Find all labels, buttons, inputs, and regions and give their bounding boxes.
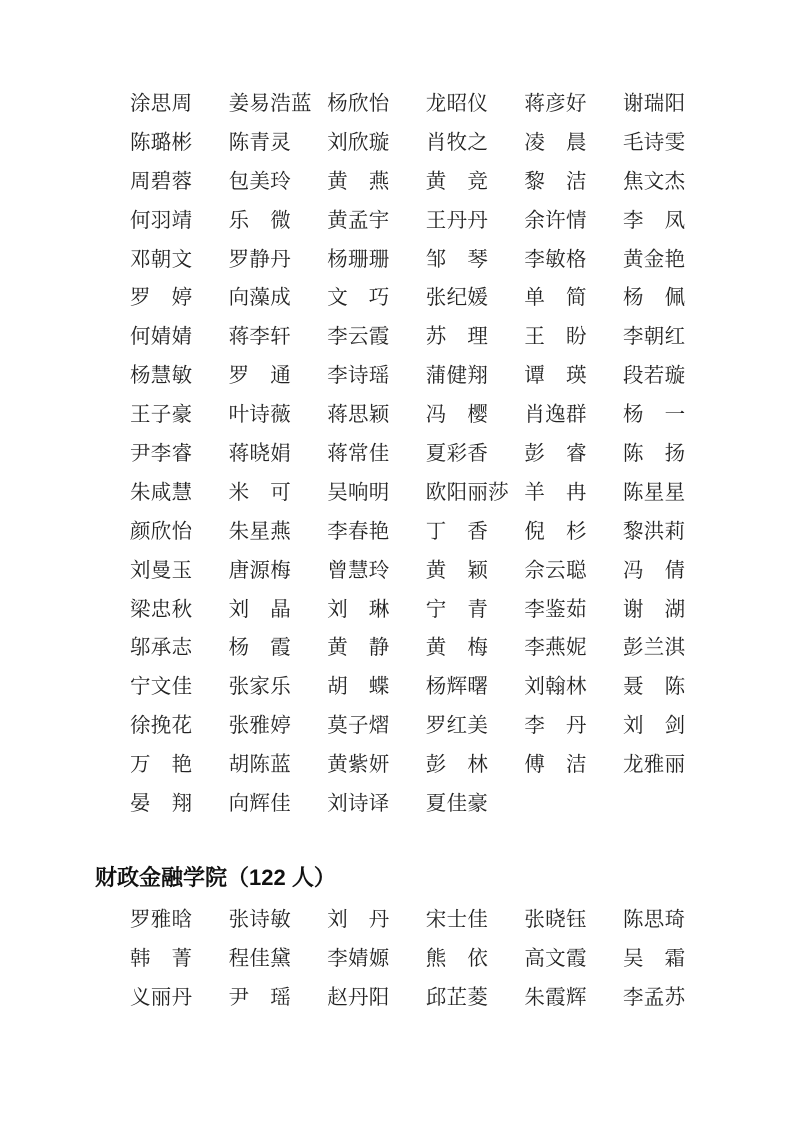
person-name: 晏 翔: [130, 794, 192, 815]
name-cell: 陈星星: [623, 483, 722, 504]
name-cell: 颜欣怡: [130, 522, 229, 543]
name-cell: 焦文杰: [623, 172, 722, 193]
name-cell: 刘 晶: [229, 600, 328, 621]
name-cell: 周碧蓉: [130, 172, 229, 193]
person-name: 冯 樱: [426, 405, 488, 426]
name-cell: 唐源梅: [229, 561, 328, 582]
name-cell: 黎 洁: [524, 172, 623, 193]
name-cell: 黄 梅: [426, 638, 525, 659]
person-name: 义丽丹: [130, 988, 192, 1009]
name-cell: 凌 晨: [524, 133, 623, 154]
person-name: 彭 林: [426, 755, 488, 776]
name-cell: 彭兰淇: [623, 638, 722, 659]
person-name: 黄紫妍: [327, 755, 389, 776]
person-name: 高文霞: [524, 949, 586, 970]
person-name: 蒋彦好: [524, 94, 586, 115]
name-row: 朱咸慧米 可吴响明欧阳丽莎羊 冉陈星星: [0, 474, 793, 513]
person-name: 肖牧之: [426, 133, 488, 154]
name-cell: 曾慧玲: [327, 561, 426, 582]
person-name: 谢 湖: [623, 600, 685, 621]
name-cell: 朱星燕: [229, 522, 328, 543]
person-name: 吴响明: [327, 483, 389, 504]
person-name: 苏 理: [426, 327, 488, 348]
name-cell: 杨辉曙: [426, 677, 525, 698]
person-name: 刘 剑: [623, 716, 685, 737]
person-name: 李朝红: [623, 327, 685, 348]
person-name: 程佳黛: [229, 949, 291, 970]
person-name: 蒋常佳: [327, 444, 389, 465]
name-cell: 张纪媛: [426, 288, 525, 309]
name-cell: 罗雅晗: [130, 910, 229, 931]
name-cell: 彭 睿: [524, 444, 623, 465]
person-name: 李 凤: [623, 211, 685, 232]
person-name: 赵丹阳: [327, 988, 389, 1009]
person-name: 段若璇: [623, 366, 685, 387]
person-name: 胡陈蓝: [229, 755, 291, 776]
person-name: 张诗敏: [229, 910, 291, 931]
name-cell: 罗 婷: [130, 288, 229, 309]
name-cell: 单 简: [524, 288, 623, 309]
name-row: 万 艳胡陈蓝黄紫妍彭 林傅 洁龙雅丽: [0, 746, 793, 785]
name-cell: 杨 佩: [623, 288, 722, 309]
person-name: 谭 瑛: [524, 366, 586, 387]
name-cell: 梁忠秋: [130, 600, 229, 621]
name-cell: 夏彩香: [426, 444, 525, 465]
person-name: 欧阳丽莎: [426, 483, 509, 504]
name-cell: 赵丹阳: [327, 988, 426, 1009]
name-cell: 蒋常佳: [327, 444, 426, 465]
person-name: 陈青灵: [229, 133, 291, 154]
name-row: 陈璐彬陈青灵刘欣璇肖牧之凌 晨毛诗雯: [0, 124, 793, 163]
name-roster: 涂思周姜易浩蓝杨欣怡龙昭仪蒋彦好谢瑞阳陈璐彬陈青灵刘欣璇肖牧之凌 晨毛诗雯周碧蓉…: [0, 85, 793, 1018]
person-name: 乐 微: [229, 211, 291, 232]
name-cell: 冯 倩: [623, 561, 722, 582]
person-name: 颜欣怡: [130, 522, 192, 543]
name-cell: 李 凤: [623, 211, 722, 232]
name-cell: 涂思周: [130, 94, 229, 115]
name-cell: 张家乐: [229, 677, 328, 698]
person-name: 宋士佳: [426, 910, 488, 931]
person-name: 夏佳豪: [426, 794, 488, 815]
name-cell: 黄 颖: [426, 561, 525, 582]
name-cell: 张雅婷: [229, 716, 328, 737]
name-cell: 羊 冉: [524, 483, 623, 504]
person-name: 莫子熠: [327, 716, 389, 737]
person-name: 李孟苏: [623, 988, 685, 1009]
person-name: 张雅婷: [229, 716, 291, 737]
name-cell: 丁 香: [426, 522, 525, 543]
name-row: 宁文佳张家乐胡 蝶杨辉曙刘翰林聂 陈: [0, 668, 793, 707]
person-name: 杨珊珊: [327, 250, 389, 271]
name-cell: 黄孟宇: [327, 211, 426, 232]
name-cell: 黄 静: [327, 638, 426, 659]
person-name: 毛诗雯: [623, 133, 685, 154]
person-name: 罗雅晗: [130, 910, 192, 931]
person-name: 黄金艳: [623, 250, 685, 271]
person-name: 朱霞辉: [524, 988, 586, 1009]
name-cell: 何羽靖: [130, 211, 229, 232]
name-cell: 肖逸群: [524, 405, 623, 426]
name-cell: 莫子熠: [327, 716, 426, 737]
name-cell: 邹 琴: [426, 250, 525, 271]
person-name: 杨 一: [623, 405, 685, 426]
name-cell: 冯 樱: [426, 405, 525, 426]
name-cell: 黄 燕: [327, 172, 426, 193]
name-row: 刘曼玉唐源梅曾慧玲黄 颖佘云聪冯 倩: [0, 552, 793, 591]
name-cell: 朱咸慧: [130, 483, 229, 504]
name-cell: 佘云聪: [524, 561, 623, 582]
name-row: 徐挽花张雅婷莫子熠罗红美李 丹刘 剑: [0, 707, 793, 746]
person-name: 姜易浩蓝: [229, 94, 312, 115]
name-cell: 李云霞: [327, 327, 426, 348]
name-cell: 黄金艳: [623, 250, 722, 271]
name-cell: 徐挽花: [130, 716, 229, 737]
name-cell: 吴响明: [327, 483, 426, 504]
name-row: 罗 婷向藻成文 巧张纪媛单 简杨 佩: [0, 279, 793, 318]
name-cell: 蒋彦好: [524, 94, 623, 115]
name-cell: 傅 洁: [524, 755, 623, 776]
name-row: 邬承志杨 霞黄 静黄 梅李燕妮彭兰淇: [0, 629, 793, 668]
name-cell: 谭 瑛: [524, 366, 623, 387]
person-name: 蒋晓娟: [229, 444, 291, 465]
person-name: 倪 杉: [524, 522, 586, 543]
person-name: 万 艳: [130, 755, 192, 776]
person-name: 罗静丹: [229, 250, 291, 271]
person-name: 彭兰淇: [623, 638, 685, 659]
person-name: 佘云聪: [524, 561, 586, 582]
person-name: 刘 丹: [327, 910, 389, 931]
person-name: 肖逸群: [524, 405, 586, 426]
name-cell: 蒋晓娟: [229, 444, 328, 465]
name-cell: 宋士佳: [426, 910, 525, 931]
person-name: 黄孟宇: [327, 211, 389, 232]
person-name: 陈璐彬: [130, 133, 192, 154]
name-row: 梁忠秋刘 晶刘 琳宁 青李鉴茹谢 湖: [0, 591, 793, 630]
person-name: 宁 青: [426, 600, 488, 621]
name-cell: 谢 湖: [623, 600, 722, 621]
person-name: 罗红美: [426, 716, 488, 737]
name-cell: 邱芷菱: [426, 988, 525, 1009]
person-name: 聂 陈: [623, 677, 685, 698]
person-name: 何婧婧: [130, 327, 192, 348]
person-name: 张家乐: [229, 677, 291, 698]
person-name: 夏彩香: [426, 444, 488, 465]
name-cell: 杨 霞: [229, 638, 328, 659]
person-name: 刘翰林: [524, 677, 586, 698]
person-name: 涂思周: [130, 94, 192, 115]
person-name: 李鉴茹: [524, 600, 586, 621]
person-name: 黎洪莉: [623, 522, 685, 543]
name-cell: 晏 翔: [130, 794, 229, 815]
person-name: 冯 倩: [623, 561, 685, 582]
person-name: 蒋思颖: [327, 405, 389, 426]
name-cell: 肖牧之: [426, 133, 525, 154]
person-name: 杨辉曙: [426, 677, 488, 698]
person-name: 周碧蓉: [130, 172, 192, 193]
person-name: 李 丹: [524, 716, 586, 737]
name-cell: 蒋思颖: [327, 405, 426, 426]
person-name: 黄 颖: [426, 561, 488, 582]
name-cell: 乐 微: [229, 211, 328, 232]
person-name: 韩 菁: [130, 949, 192, 970]
name-cell: 罗红美: [426, 716, 525, 737]
name-cell: 陈璐彬: [130, 133, 229, 154]
name-cell: 龙雅丽: [623, 755, 722, 776]
name-cell: 李婧嫄: [327, 949, 426, 970]
name-cell: 包美玲: [229, 172, 328, 193]
name-cell: 何婧婧: [130, 327, 229, 348]
person-name: 唐源梅: [229, 561, 291, 582]
person-name: 傅 洁: [524, 755, 586, 776]
name-cell: 叶诗薇: [229, 405, 328, 426]
name-cell: 李鉴茹: [524, 600, 623, 621]
person-name: 邬承志: [130, 638, 192, 659]
name-row: 晏 翔向辉佳刘诗译夏佳豪: [0, 785, 793, 824]
name-cell: 文 巧: [327, 288, 426, 309]
person-name: 邓朝文: [130, 250, 192, 271]
person-name: 黄 静: [327, 638, 389, 659]
name-cell: 罗 通: [229, 366, 328, 387]
name-cell: 陈思琦: [623, 910, 722, 931]
name-cell: 邬承志: [130, 638, 229, 659]
name-cell: 程佳黛: [229, 949, 328, 970]
name-cell: 刘曼玉: [130, 561, 229, 582]
person-name: 邹 琴: [426, 250, 488, 271]
person-name: 蒲健翔: [426, 366, 488, 387]
name-cell: 刘 剑: [623, 716, 722, 737]
person-name: 张晓钰: [524, 910, 586, 931]
person-name: 黄 梅: [426, 638, 488, 659]
name-row: 何婧婧蒋李轩李云霞苏 理王 盼李朝红: [0, 318, 793, 357]
name-cell: 李燕妮: [524, 638, 623, 659]
person-name: 杨 佩: [623, 288, 685, 309]
name-row: 王子豪叶诗薇蒋思颖冯 樱肖逸群杨 一: [0, 396, 793, 435]
name-cell: 姜易浩蓝: [229, 94, 328, 115]
person-name: 陈 扬: [623, 444, 685, 465]
person-name: 朱星燕: [229, 522, 291, 543]
name-cell: 陈青灵: [229, 133, 328, 154]
name-row: 何羽靖乐 微黄孟宇王丹丹余许情李 凤: [0, 202, 793, 241]
name-cell: 向藻成: [229, 288, 328, 309]
name-cell: 张晓钰: [524, 910, 623, 931]
name-cell: 义丽丹: [130, 988, 229, 1009]
person-name: 宁文佳: [130, 677, 192, 698]
name-row: 邓朝文罗静丹杨珊珊邹 琴李敏格黄金艳: [0, 241, 793, 280]
name-cell: 胡陈蓝: [229, 755, 328, 776]
name-cell: 吴 霜: [623, 949, 722, 970]
person-name: 尹 瑶: [229, 988, 291, 1009]
name-cell: 尹李睿: [130, 444, 229, 465]
person-name: 李燕妮: [524, 638, 586, 659]
person-name: 杨欣怡: [327, 94, 389, 115]
person-name: 梁忠秋: [130, 600, 192, 621]
person-name: 彭 睿: [524, 444, 586, 465]
name-cell: 万 艳: [130, 755, 229, 776]
name-row: 罗雅晗张诗敏刘 丹宋士佳张晓钰陈思琦: [0, 901, 793, 940]
name-cell: 邓朝文: [130, 250, 229, 271]
person-name: 曾慧玲: [327, 561, 389, 582]
name-cell: 宁文佳: [130, 677, 229, 698]
name-cell: 杨 一: [623, 405, 722, 426]
name-cell: 高文霞: [524, 949, 623, 970]
person-name: 刘 晶: [229, 600, 291, 621]
section-heading: 财政金融学院（122 人）: [95, 865, 793, 891]
person-name: 尹李睿: [130, 444, 192, 465]
name-cell: 段若璇: [623, 366, 722, 387]
document-page: 涂思周姜易浩蓝杨欣怡龙昭仪蒋彦好谢瑞阳陈璐彬陈青灵刘欣璇肖牧之凌 晨毛诗雯周碧蓉…: [0, 0, 793, 1122]
person-name: 黄 竞: [426, 172, 488, 193]
person-name: 罗 婷: [130, 288, 192, 309]
person-name: 熊 依: [426, 949, 488, 970]
person-name: 文 巧: [327, 288, 389, 309]
name-cell: 刘诗译: [327, 794, 426, 815]
name-cell: 李朝红: [623, 327, 722, 348]
person-name: 朱咸慧: [130, 483, 192, 504]
name-cell: 李 丹: [524, 716, 623, 737]
person-name: 李敏格: [524, 250, 586, 271]
person-name: 张纪媛: [426, 288, 488, 309]
name-cell: 张诗敏: [229, 910, 328, 931]
name-cell: 李敏格: [524, 250, 623, 271]
name-row: 杨慧敏罗 通李诗瑶蒲健翔谭 瑛段若璇: [0, 357, 793, 396]
name-cell: 刘翰林: [524, 677, 623, 698]
name-cell: 李孟苏: [623, 988, 722, 1009]
person-name: 龙雅丽: [623, 755, 685, 776]
name-row: 韩 菁程佳黛李婧嫄熊 依高文霞吴 霜: [0, 940, 793, 979]
name-cell: 胡 蝶: [327, 677, 426, 698]
name-cell: 刘欣璇: [327, 133, 426, 154]
person-name: 吴 霜: [623, 949, 685, 970]
person-name: 李诗瑶: [327, 366, 389, 387]
name-cell: 彭 林: [426, 755, 525, 776]
person-name: 刘曼玉: [130, 561, 192, 582]
person-name: 杨 霞: [229, 638, 291, 659]
person-name: 向辉佳: [229, 794, 291, 815]
name-cell: 杨珊珊: [327, 250, 426, 271]
person-name: 王丹丹: [426, 211, 488, 232]
person-name: 杨慧敏: [130, 366, 192, 387]
person-name: 李春艳: [327, 522, 389, 543]
name-cell: 龙昭仪: [426, 94, 525, 115]
person-name: 刘诗译: [327, 794, 389, 815]
name-cell: 毛诗雯: [623, 133, 722, 154]
name-cell: 韩 菁: [130, 949, 229, 970]
person-name: 黎 洁: [524, 172, 586, 193]
name-cell: 朱霞辉: [524, 988, 623, 1009]
person-name: 谢瑞阳: [623, 94, 685, 115]
person-name: 黄 燕: [327, 172, 389, 193]
name-cell: 黄 竞: [426, 172, 525, 193]
name-cell: 李春艳: [327, 522, 426, 543]
name-cell: 聂 陈: [623, 677, 722, 698]
person-name: 凌 晨: [524, 133, 586, 154]
name-cell: 杨欣怡: [327, 94, 426, 115]
person-name: 李婧嫄: [327, 949, 389, 970]
name-cell: 欧阳丽莎: [426, 483, 525, 504]
name-cell: 黄紫妍: [327, 755, 426, 776]
name-cell: 尹 瑶: [229, 988, 328, 1009]
person-name: 龙昭仪: [426, 94, 488, 115]
name-row: 尹李睿蒋晓娟蒋常佳夏彩香彭 睿陈 扬: [0, 435, 793, 474]
person-name: 王子豪: [130, 405, 192, 426]
person-name: 徐挽花: [130, 716, 192, 737]
person-name: 邱芷菱: [426, 988, 488, 1009]
name-cell: 宁 青: [426, 600, 525, 621]
person-name: 包美玲: [229, 172, 291, 193]
name-row: 颜欣怡朱星燕李春艳丁 香倪 杉黎洪莉: [0, 513, 793, 552]
name-cell: 王 盼: [524, 327, 623, 348]
person-name: 焦文杰: [623, 172, 685, 193]
name-cell: 蒲健翔: [426, 366, 525, 387]
name-cell: 罗静丹: [229, 250, 328, 271]
person-name: 李云霞: [327, 327, 389, 348]
person-name: 丁 香: [426, 522, 488, 543]
person-name: 米 可: [229, 483, 291, 504]
person-name: 何羽靖: [130, 211, 192, 232]
person-name: 罗 通: [229, 366, 291, 387]
name-cell: 刘 琳: [327, 600, 426, 621]
name-cell: 蒋李轩: [229, 327, 328, 348]
person-name: 羊 冉: [524, 483, 586, 504]
name-cell: 倪 杉: [524, 522, 623, 543]
name-cell: 熊 依: [426, 949, 525, 970]
name-row: 义丽丹尹 瑶赵丹阳邱芷菱朱霞辉李孟苏: [0, 979, 793, 1018]
person-name: 蒋李轩: [229, 327, 291, 348]
person-name: 陈思琦: [623, 910, 685, 931]
person-name: 王 盼: [524, 327, 586, 348]
name-cell: 李诗瑶: [327, 366, 426, 387]
person-name: 向藻成: [229, 288, 291, 309]
person-name: 刘欣璇: [327, 133, 389, 154]
name-cell: 米 可: [229, 483, 328, 504]
name-row: 涂思周姜易浩蓝杨欣怡龙昭仪蒋彦好谢瑞阳: [0, 85, 793, 124]
name-cell: 夏佳豪: [426, 794, 525, 815]
name-cell: 向辉佳: [229, 794, 328, 815]
person-name: 胡 蝶: [327, 677, 389, 698]
name-cell: 杨慧敏: [130, 366, 229, 387]
person-name: 刘 琳: [327, 600, 389, 621]
name-cell: 余许情: [524, 211, 623, 232]
person-name: 余许情: [524, 211, 586, 232]
name-cell: 陈 扬: [623, 444, 722, 465]
name-cell: 黎洪莉: [623, 522, 722, 543]
name-cell: 王子豪: [130, 405, 229, 426]
person-name: 陈星星: [623, 483, 685, 504]
name-cell: 苏 理: [426, 327, 525, 348]
person-name: 单 简: [524, 288, 586, 309]
person-name: 叶诗薇: [229, 405, 291, 426]
name-cell: 王丹丹: [426, 211, 525, 232]
name-row: 周碧蓉包美玲黄 燕黄 竞黎 洁焦文杰: [0, 163, 793, 202]
name-cell: 刘 丹: [327, 910, 426, 931]
name-cell: 谢瑞阳: [623, 94, 722, 115]
